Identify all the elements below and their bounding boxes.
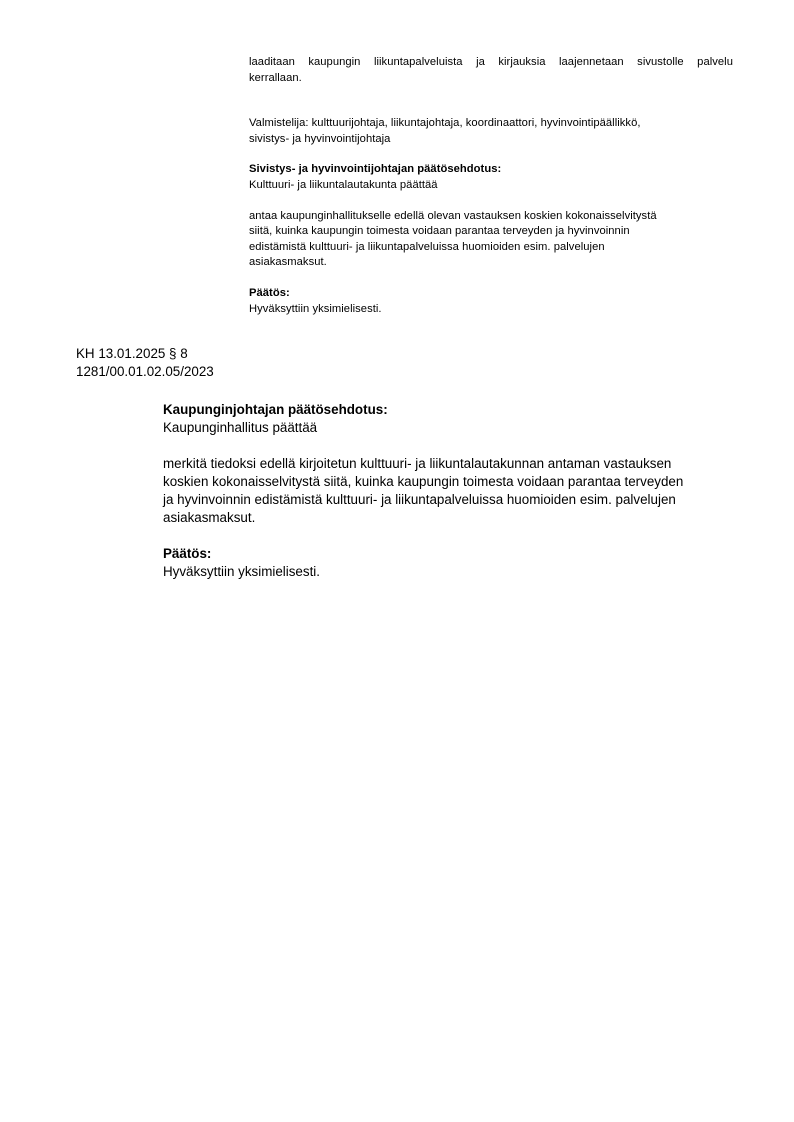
committee-proposal-line: edistämistä kulttuuri- ja liikuntapalvel… [249,240,733,256]
committee-proposal-line: siitä, kuinka kaupungin toimesta voidaan… [249,224,733,240]
committee-proposal: Sivistys- ja hyvinvointijohtajan päätöse… [249,162,733,317]
kh-proposal-subject: Kaupunginhallitus päättää [163,419,743,437]
kh-proposal-heading: Kaupunginjohtajan päätösehdotus: [163,401,743,419]
committee-decision-text: Hyväksyttiin yksimielisesti. [249,302,733,318]
record-id: 1281/00.01.02.05/2023 [76,363,214,381]
preparer: Valmistelija: kulttuurijohtaja, liikunta… [249,116,733,147]
kh-header: KH 13.01.2025 § 8 1281/00.01.02.05/2023 [76,345,214,381]
committee-decision-heading: Päätös: [249,286,733,302]
committee-proposal-line: antaa kaupunginhallitukselle edellä olev… [249,209,733,225]
kh-proposal-line: ja hyvinvoinnin edistämistä kulttuuri- j… [163,491,743,509]
committee-proposal-line: asiakasmaksut. [249,255,733,271]
committee-proposal-heading: Sivistys- ja hyvinvointijohtajan päätöse… [249,162,733,178]
kh-decision-heading: Päätös: [163,545,743,563]
kh-proposal-line: merkitä tiedoksi edellä kirjoitetun kult… [163,455,743,473]
preparer-line: Valmistelija: kulttuurijohtaja, liikunta… [249,116,733,132]
prev-intro-line: kerrallaan. [249,71,733,87]
kh-decision-text: Hyväksyttiin yksimielisesti. [163,563,743,581]
meeting-ref: KH 13.01.2025 § 8 [76,345,214,363]
kh-proposal: Kaupunginjohtajan päätösehdotus: Kaupung… [163,401,743,581]
kh-proposal-line: koskien kokonaisselvitystä siitä, kuinka… [163,473,743,491]
committee-proposal-subject: Kulttuuri- ja liikuntalautakunta päättää [249,178,733,194]
prev-intro: laaditaan kaupungin liikuntapalveluista … [249,55,733,86]
preparer-line: sivistys- ja hyvinvointijohtaja [249,132,733,148]
kh-proposal-line: asiakasmaksut. [163,509,743,527]
prev-intro-line: laaditaan kaupungin liikuntapalveluista … [249,55,733,71]
